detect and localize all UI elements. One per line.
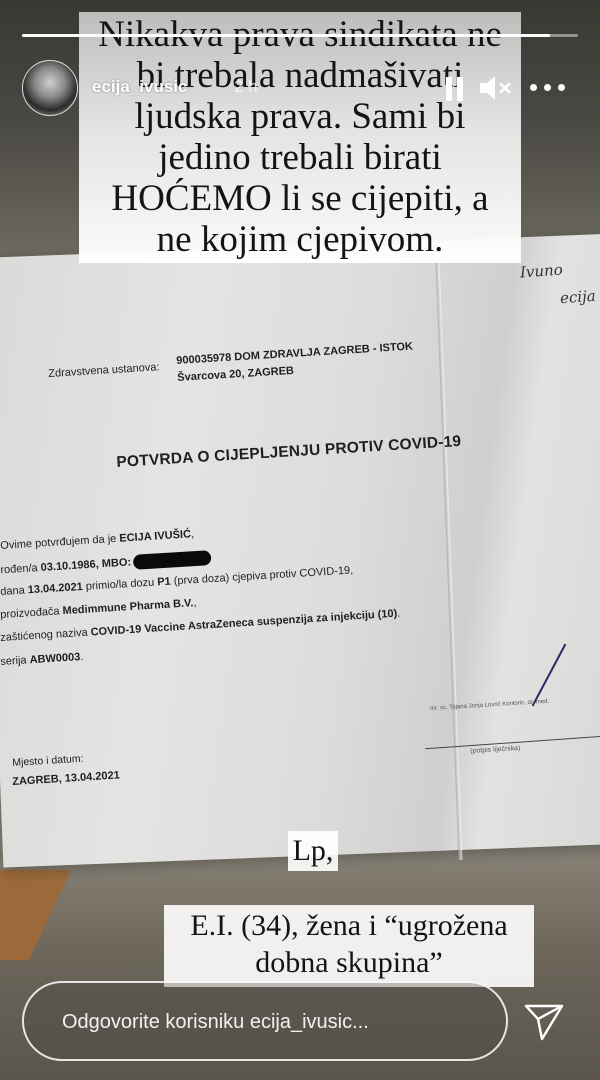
story-header: ecija_ivusic 2 h — [22, 60, 578, 116]
story-caption-signature: E.I. (34), žena i “ugrožena dobna skupin… — [164, 905, 534, 987]
wooden-floor — [0, 870, 71, 960]
story-caption-top: Nikakva prava sindikata ne bi trebala na… — [79, 12, 521, 263]
send-icon[interactable] — [523, 1002, 565, 1042]
story-background: Zdravstvena ustanova: 900035978 DOM ZDRA… — [0, 0, 600, 1080]
story-progress-bar — [22, 34, 578, 37]
post-time: 2 h — [234, 77, 258, 97]
reply-field[interactable] — [22, 981, 508, 1061]
avatar[interactable] — [22, 60, 78, 116]
caption-line: E.I. (34), žena i “ugrožena — [164, 907, 534, 944]
speaker-muted-icon[interactable] — [478, 74, 514, 102]
handwritten-note: ecija — [559, 287, 596, 307]
story-caption-closing: Lp, — [288, 831, 338, 871]
pause-icon[interactable] — [446, 77, 464, 101]
reply-input[interactable] — [60, 1005, 484, 1039]
caption-line: jedino trebali birati — [79, 137, 521, 178]
caption-line: HOĆEMO li se cijepiti, a — [79, 178, 521, 219]
paper-crease — [435, 240, 463, 860]
story-progress-fill — [22, 34, 550, 37]
caption-line: dobna skupina” — [164, 944, 534, 981]
handwritten-note: Ivuno — [519, 261, 563, 282]
more-horizontal-icon[interactable] — [530, 84, 566, 92]
caption-line: ne kojim cjepivom. — [79, 219, 521, 260]
username-link[interactable]: ecija_ivusic — [92, 77, 187, 97]
